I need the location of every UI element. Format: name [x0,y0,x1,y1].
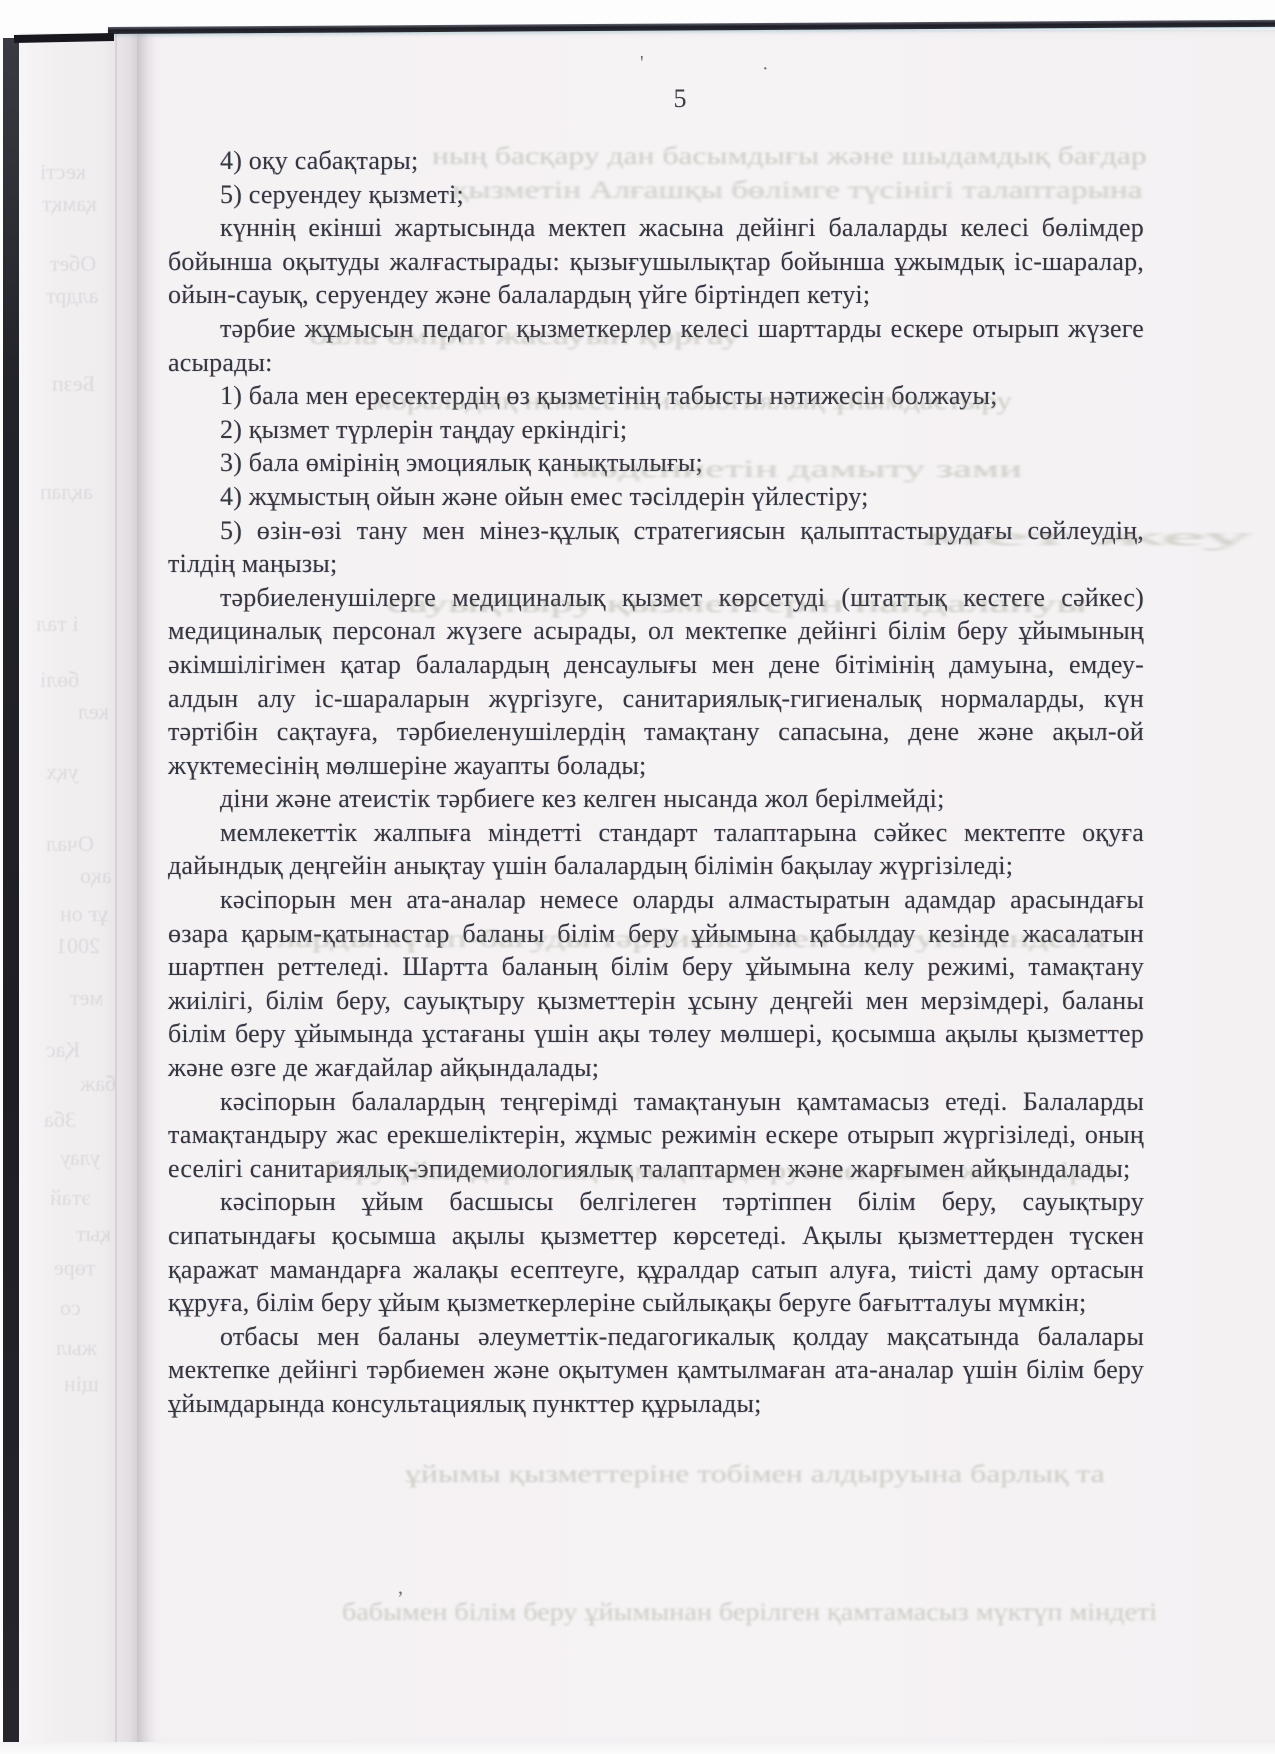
bleed-through-fragment: кел [78,699,109,725]
bleed-through-text: моральдық немесе психологиялық ұйымдасты… [372,387,1012,417]
bleed-through-fragment: алдрт [46,283,98,309]
bleed-through-fragment: 2001 [56,933,100,959]
document-page: 5 4) оқу сабақтары;5) серуендеу қызметі;… [137,30,1275,1746]
bleed-through-fragment: Қас [46,1037,80,1063]
bleed-through-fragment: ұғ он [60,901,108,927]
bleed-through-fragment: этай [50,1185,91,1211]
book-spine-shadow [3,38,19,1744]
bleed-through-fragment: Безп [52,371,95,397]
ink-speck: ʼ [397,1588,404,1611]
bleed-through-fragment: ақлап [40,479,93,505]
bleed-through-text: беру ұйымдарының тамақтандыруымен және ж… [325,1157,1115,1187]
bleed-through-fragment: і тал [36,611,78,637]
bleed-through-fragment: уқх [46,759,79,785]
bleed-through-fragment: қамқт [42,191,97,217]
facing-page-edge: кестіқамқтОбеталдртБезпақлапі талбөлікел… [19,33,137,1745]
ink-speck: · [762,58,769,81]
bleed-through-text: қызметін Алғашқы бөлімге түсінігі талапт… [452,176,1143,206]
bleed-through-fragment: Обет [50,251,96,277]
paragraph: күннің екінші жартысында мектеп жасына д… [168,211,1144,312]
bleed-through-text: сауықтыру қызметтерін пайдалануы [387,590,1087,620]
scan-bottom-edge [0,1742,1275,1754]
paragraph: кәсіпорын ұйым басшысы белгілеген тәртіп… [168,1185,1144,1319]
bleed-through-text: бала өмірін жасауын қорғау [309,322,740,352]
scanned-document-page: кестіқамқтОбеталдртБезпақлапі талбөлікел… [0,0,1275,1754]
bleed-through-text: мәдениетін дамыту зами [572,455,1022,485]
bleed-through-fragment: кесті [40,159,86,185]
bleed-through-text: ларды күтіп-бағуды тәрбиелеу мен оқытуға… [277,925,1108,955]
bleed-through-fragment: бөлі [40,667,79,693]
bleed-through-fragment: қыт [76,1221,111,1247]
bleed-through-text: ның басқару дан басымдығы және шыдамдық … [432,142,1147,172]
bleed-through-text: мет жеу [922,523,1252,553]
bleed-through-fragment: мет [70,985,103,1011]
paragraph: 2) қызмет түрлерін таңдау еркіндігі; [168,413,1144,447]
bleed-through-fragment: улау [60,1145,101,1171]
bleed-through-fragment: ақо [80,863,111,889]
bleed-through-fragment: Зба [44,1107,76,1133]
bleed-through-fragment: баж [80,1071,116,1097]
bleed-through-text: ұйымы қызметтеріне тобімен алдыруына бар… [405,1460,1105,1490]
ink-speck: ' [640,52,644,75]
bleed-through-fragment: төре [54,1255,95,1281]
paragraph: мемлекеттік жалпыға міндетті стандарт та… [168,816,1144,883]
bleed-through-fragment: щін [64,1371,99,1397]
bleed-through-fragment: жыл [56,1335,97,1361]
paragraph: кәсіпорын мен ата-аналар немесе оларды а… [168,883,1144,1085]
page-number: 5 [137,84,1223,114]
bleed-through-text: бабымен білім беру ұйымынан берілген қам… [342,1598,1157,1628]
paragraph: діни және атеистік тәрбиеге кез келген н… [168,782,1144,816]
bleed-through-fragment: со [60,1295,81,1321]
paragraph: отбасы мен баланы әлеуметтік-педагогикал… [168,1320,1144,1421]
bleed-through-fragment: Очал [46,831,94,857]
